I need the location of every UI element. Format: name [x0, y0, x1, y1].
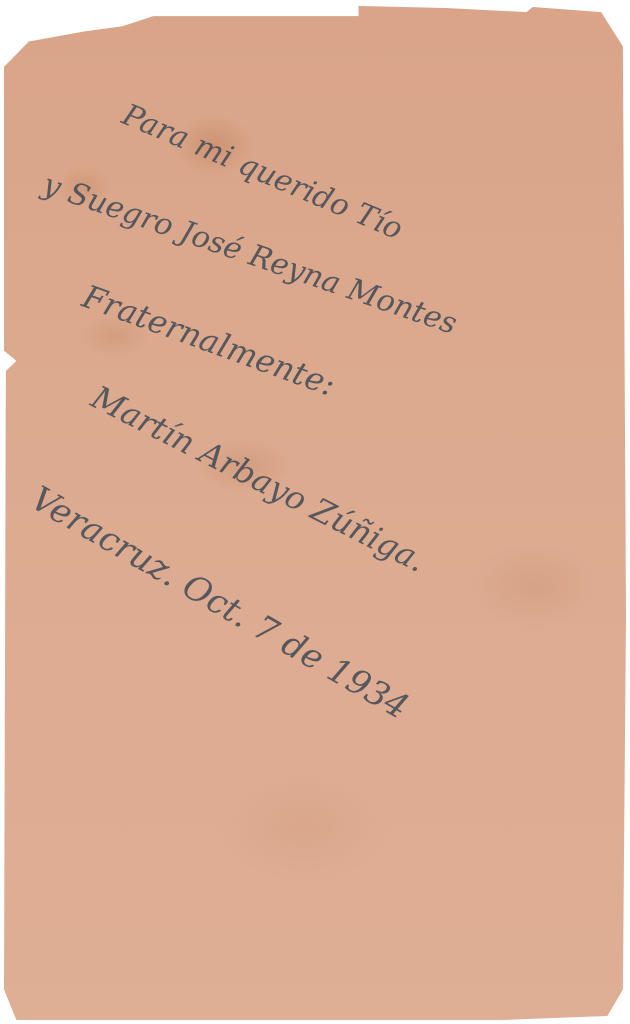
aged-paper-sheet: Para mi querido Tío y Suegro José Reyna … [4, 6, 626, 1020]
